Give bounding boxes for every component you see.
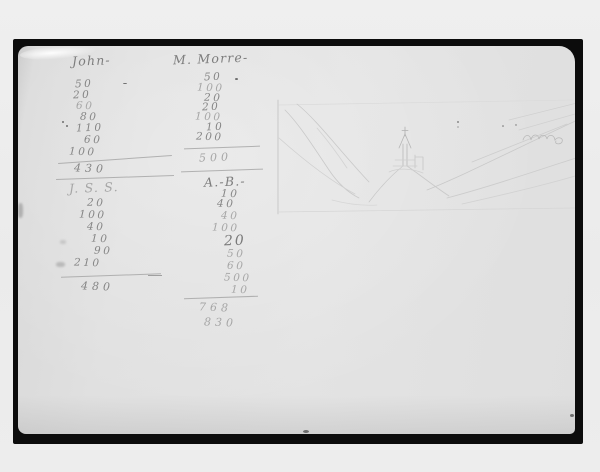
ledger-value: 60 xyxy=(84,135,103,146)
sketchbook-page: John- 50 20 60 80 110 60 100 430 M. Morr… xyxy=(18,46,575,434)
ledger-total: 480 xyxy=(81,280,114,292)
ledger-value: 60 xyxy=(227,261,246,272)
photo-black-frame: John- 50 20 60 80 110 60 100 430 M. Morr… xyxy=(13,39,583,444)
ledger-value: 210 xyxy=(74,258,102,269)
ledger-value: 110 xyxy=(76,123,104,134)
pencil-smudge xyxy=(56,262,65,267)
sketch-border-bottom xyxy=(277,208,575,212)
ledger-total: 500 xyxy=(199,151,232,163)
church-cross xyxy=(402,127,408,136)
ledger-value: 40 xyxy=(221,211,240,222)
paper-specks xyxy=(457,121,517,128)
ledger-value: 20 xyxy=(224,234,246,249)
ledger-total: 830 xyxy=(204,316,237,328)
ledger-total: 768 xyxy=(199,301,232,313)
paper-speck xyxy=(235,78,238,80)
paper-speck xyxy=(570,414,574,417)
paper-speck xyxy=(62,121,64,123)
column-header: J. S. S. xyxy=(69,181,119,195)
sum-line xyxy=(184,146,260,150)
paper-speck xyxy=(303,430,309,433)
ledger-value: 20 xyxy=(87,198,106,209)
column-header: M. Morre- xyxy=(173,52,249,67)
photograph-of-sketchbook-page: John- 50 20 60 80 110 60 100 430 M. Morr… xyxy=(0,0,600,472)
ledger-value: 10 xyxy=(231,285,250,296)
ledger-value: 100 xyxy=(69,147,97,158)
paper-speck xyxy=(123,83,127,84)
ledger-value: 100 xyxy=(79,210,107,221)
stray-pencil-dash xyxy=(148,275,162,276)
ledger-value: 50 xyxy=(227,249,246,260)
ledger-total: 430 xyxy=(74,162,107,174)
ledger-value: 500 xyxy=(224,273,252,284)
ledger-value: 40 xyxy=(87,222,106,233)
pencil-smudge xyxy=(60,240,66,244)
sum-line xyxy=(61,273,161,277)
ledger-value: 10 xyxy=(91,234,110,245)
sum-line xyxy=(181,169,263,173)
ledger-value: 200 xyxy=(196,132,224,143)
column-header: John- xyxy=(72,54,111,68)
ledger-value: 90 xyxy=(94,246,113,257)
paper-speck xyxy=(66,125,68,127)
sum-line xyxy=(184,296,258,300)
sketch-border-top xyxy=(279,100,573,105)
edge-smudge xyxy=(18,203,23,218)
landscape-sketch xyxy=(277,98,575,218)
ledger-value: 40 xyxy=(217,199,236,210)
